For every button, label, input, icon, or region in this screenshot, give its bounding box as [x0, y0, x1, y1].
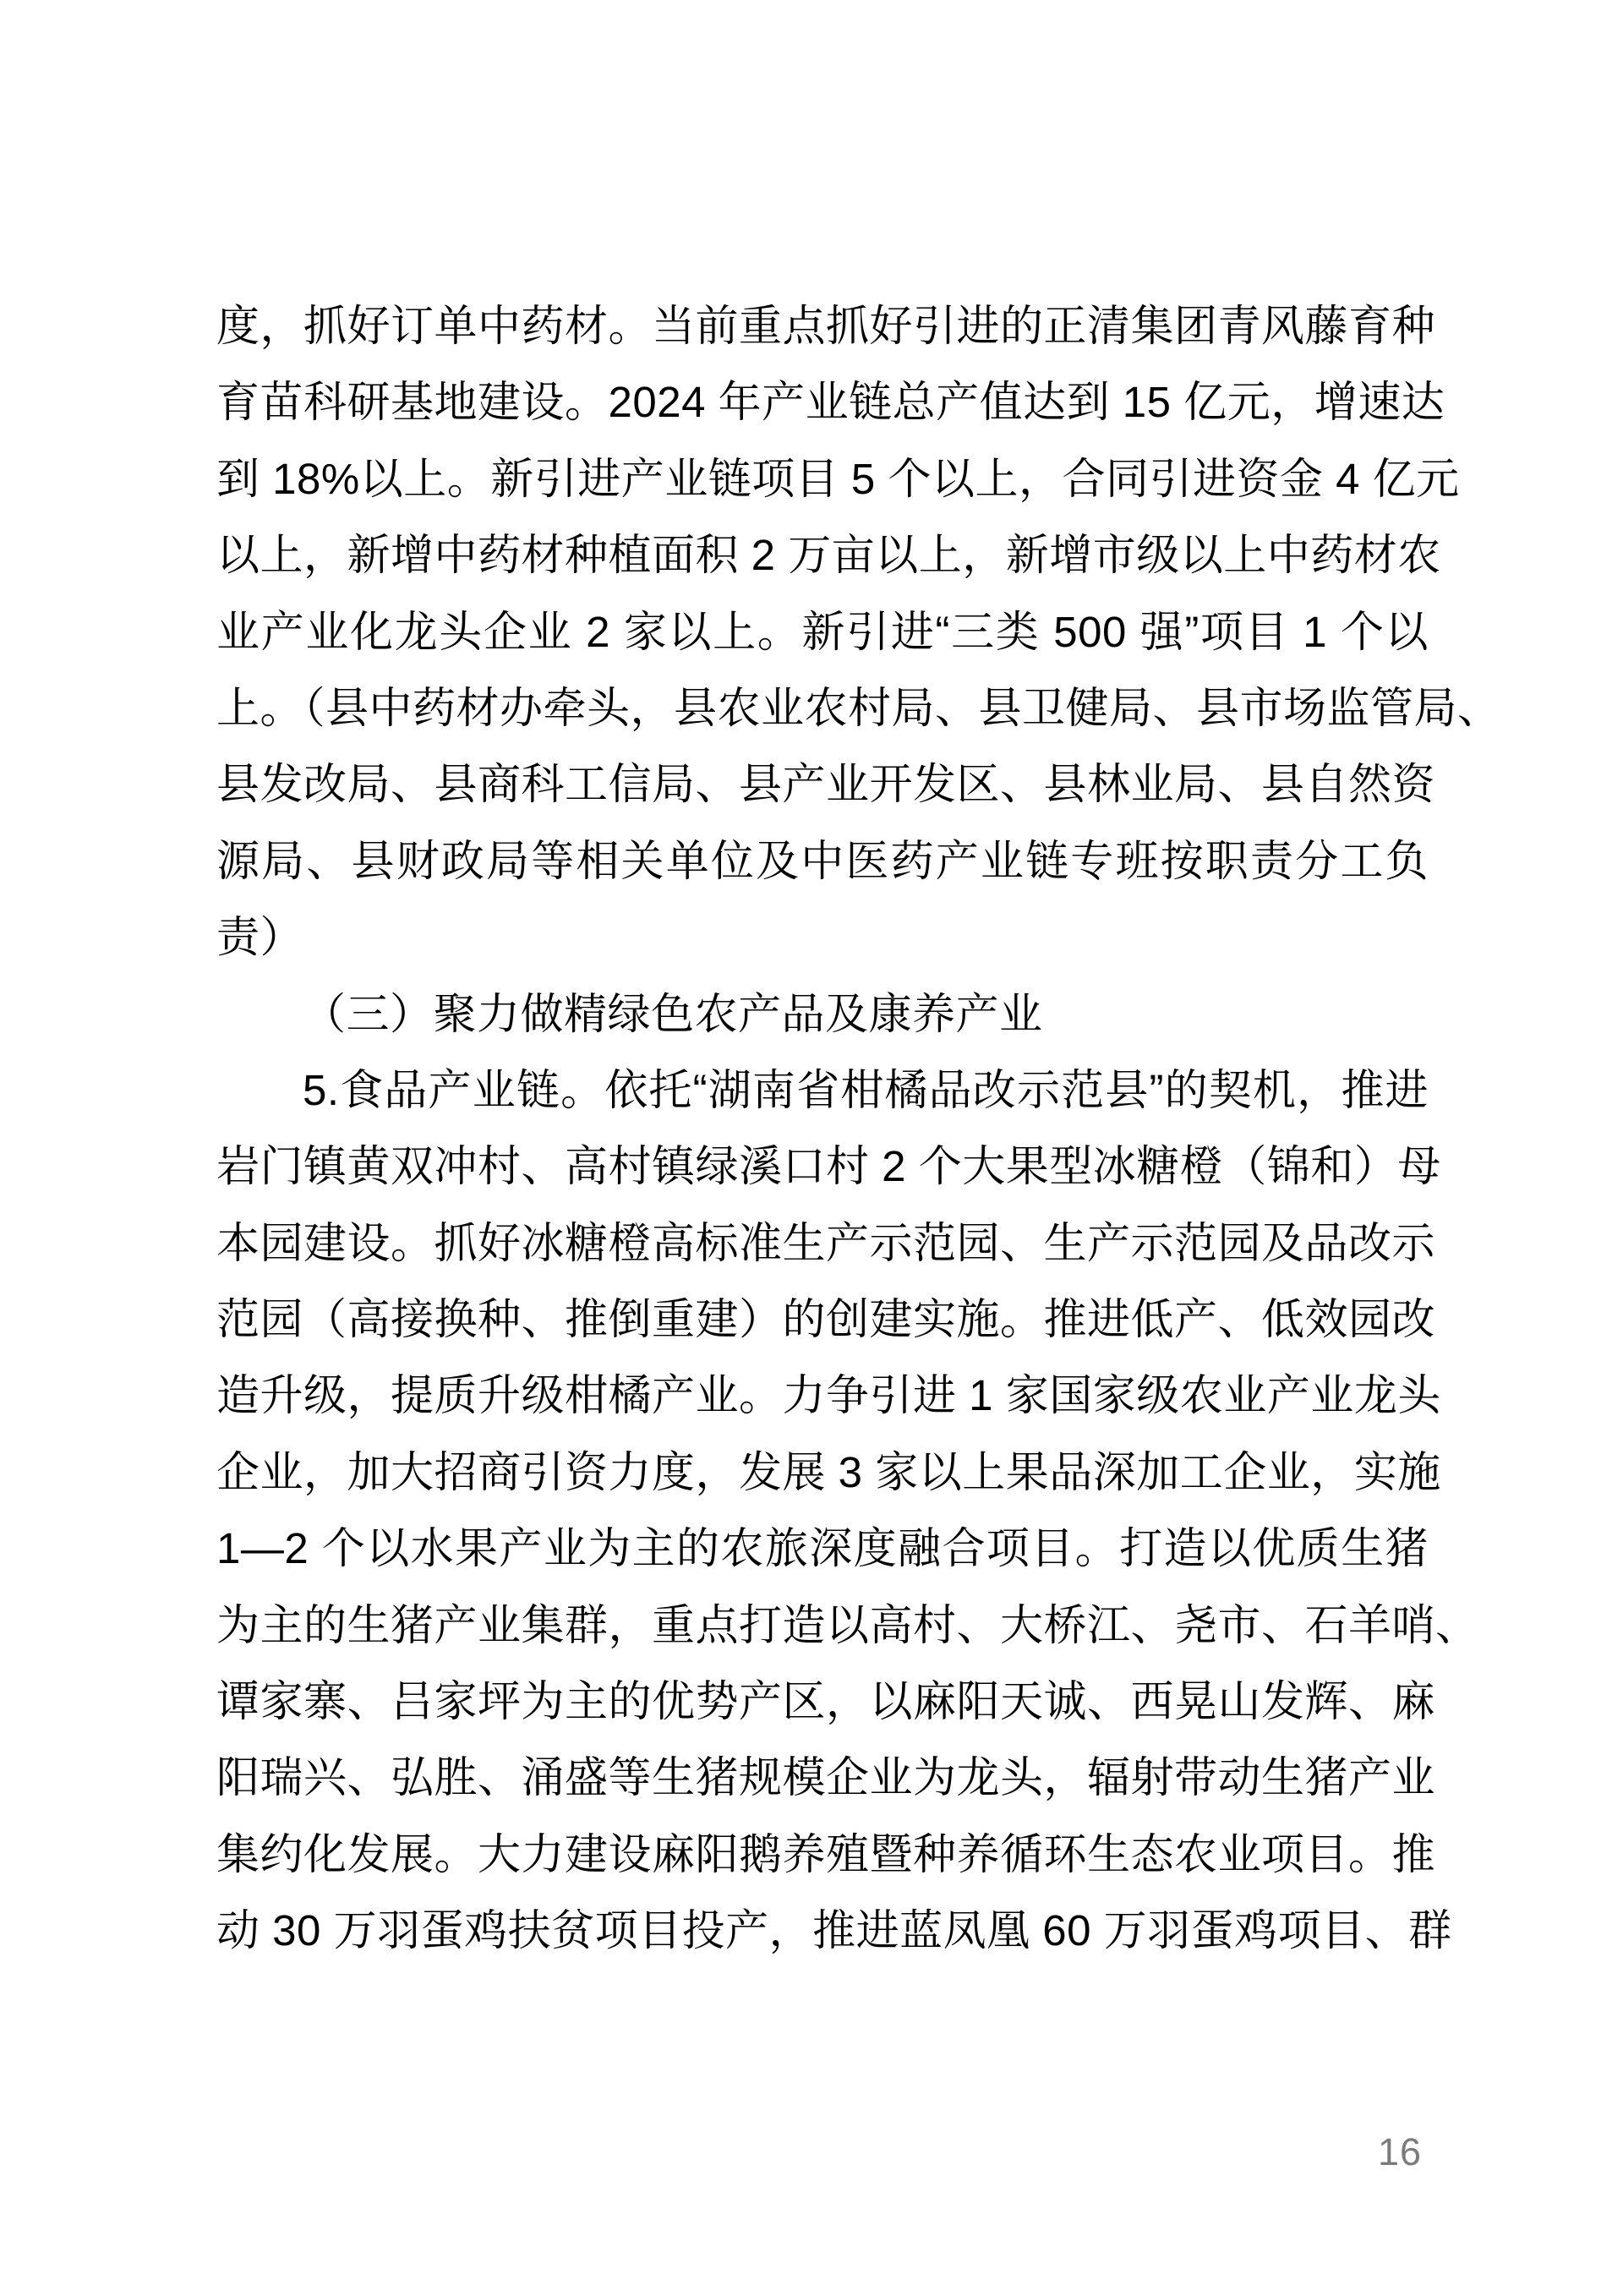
section-heading: （三）聚力做精绿色农产品及康养产业 [216, 976, 1429, 1052]
text-line: 谭家寨、吕家坪为主的优势产区，以麻阳天诚、西晃山发辉、麻 [216, 1664, 1429, 1740]
text-line: 1—2 个以水果产业为主的农旅深度融合项目。打造以优质生猪 [216, 1511, 1429, 1587]
text-line: 范园（高接换种、推倒重建）的创建实施。推进低产、低效园改 [216, 1282, 1429, 1358]
text-line: 企业，加大招商引资力度，发展 3 家以上果品深加工企业，实施 [216, 1435, 1429, 1511]
text-line: 动 30 万羽蛋鸡扶贫项目投产，推进蓝凤凰 60 万羽蛋鸡项目、群 [216, 1893, 1429, 1969]
text-line: 上。（县中药材办牵头，县农业农村局、县卫健局、县市场监管局、 [216, 670, 1429, 746]
text-line: 源局、县财政局等相关单位及中医药产业链专班按职责分工负 [216, 823, 1429, 899]
text-line: 本园建设。抓好冰糖橙高标准生产示范园、生产示范园及品改示 [216, 1205, 1429, 1282]
text-line: 以上，新增中药材种植面积 2 万亩以上，新增市级以上中药材农 [216, 517, 1429, 593]
text-line: 责） [216, 899, 1429, 976]
text-line: 为主的生猪产业集群，重点打造以高村、大桥江、尧市、石羊哨、 [216, 1588, 1429, 1664]
text-line: 到 18%以上。新引进产业链项目 5 个以上，合同引进资金 4 亿元 [216, 441, 1429, 517]
text-line: 造升级，提质升级柑橘产业。力争引进 1 家国家级农业产业龙头 [216, 1358, 1429, 1434]
text-line: 阳瑞兴、弘胜、涌盛等生猪规模企业为龙头，辐射带动生猪产业 [216, 1740, 1429, 1816]
document-page: 度，抓好订单中药材。当前重点抓好引进的正清集团青风藤育种育苗科研基地建设。202… [0, 0, 1623, 2296]
page-number: 16 [1378, 2130, 1422, 2174]
document-body: 度，抓好订单中药材。当前重点抓好引进的正清集团青风藤育种育苗科研基地建设。202… [216, 288, 1429, 1970]
text-line: 集约化发展。大力建设麻阳鹅养殖暨种养循环生态农业项目。推 [216, 1817, 1429, 1893]
text-line: 县发改局、县商科工信局、县产业开发区、县林业局、县自然资 [216, 746, 1429, 823]
text-line: 岩门镇黄双冲村、高村镇绿溪口村 2 个大果型冰糖橙（锦和）母 [216, 1129, 1429, 1205]
text-line: 育苗科研基地建设。2024 年产业链总产值达到 15 亿元，增速达 [216, 364, 1429, 440]
text-line: 度，抓好订单中药材。当前重点抓好引进的正清集团青风藤育种 [216, 288, 1429, 364]
text-line: 业产业化龙头企业 2 家以上。新引进“三类 500 强”项目 1 个以 [216, 594, 1429, 670]
text-line: 5.食品产业链。依托“湖南省柑橘品改示范县”的契机，推进 [216, 1052, 1429, 1129]
